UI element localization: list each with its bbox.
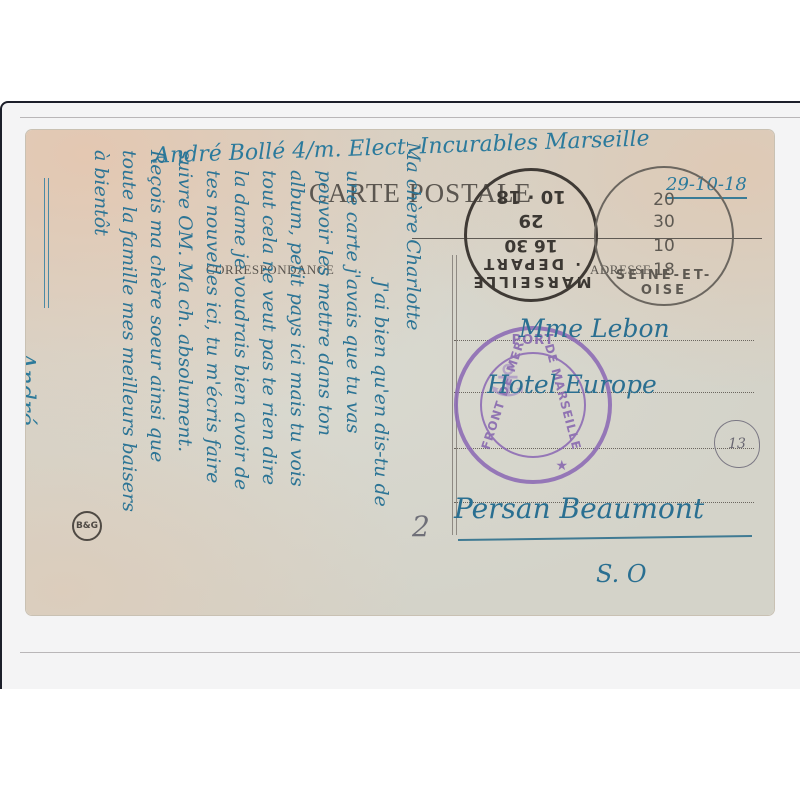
circled-number: 13 bbox=[714, 420, 760, 468]
star-icon: ★ bbox=[555, 458, 568, 474]
postmark-day: 29 bbox=[467, 210, 595, 231]
postmark-arrival: 20 30 10 18 SEINE-ET-OISE bbox=[594, 166, 734, 306]
message-column: Ma chère Charlotte bbox=[402, 142, 424, 331]
message-column: toute la famille mes meilleurs baisers bbox=[118, 150, 140, 512]
address-line-2: Hotel Europe bbox=[487, 370, 657, 399]
address-underline bbox=[458, 535, 752, 541]
postmark-day: 30 bbox=[596, 212, 732, 232]
postcard: CARTE POSTALE CORRESPONDANCE ADRESSE And… bbox=[26, 130, 774, 615]
message-column: tes nouvelles ici, tu m'écris faire bbox=[202, 170, 224, 483]
message-column: une carte j'avais que tu vas bbox=[342, 170, 364, 434]
publisher-logo: B&G bbox=[72, 511, 102, 541]
signature: André bbox=[26, 352, 40, 426]
sleeve-edge-bottom bbox=[20, 652, 800, 653]
postmark-time: 16 30 bbox=[467, 235, 595, 255]
message-column: la dame je voudrais bien avoir de bbox=[230, 170, 252, 490]
message-column: Reçois ma chère soeur ainsi que bbox=[146, 150, 168, 462]
address-line-4: S. O bbox=[596, 560, 647, 588]
message-column: pouvoir les mettre dans ton bbox=[314, 170, 336, 436]
postmark-ring-text: SEINE-ET-OISE bbox=[596, 268, 732, 298]
postmark-month: 10 bbox=[596, 236, 732, 256]
message-column: tout cela ne veut pas te rien dire bbox=[258, 170, 280, 485]
address-line-3: Persan Beaumont bbox=[454, 492, 704, 525]
military-cachet: ⚓ PORT DE MARSEILLE FRONT DE MER ★ bbox=[454, 326, 612, 484]
message-column: suivre OM. Ma ch. absolument. bbox=[174, 150, 196, 452]
postmark-ring-text: MARSEILLE · DEPART bbox=[467, 255, 595, 291]
sleeve-edge-top bbox=[20, 117, 800, 118]
message-column: album, petit pays ici mais tu vois bbox=[286, 170, 308, 487]
postmark-hour: 20 bbox=[596, 190, 732, 210]
message-column: J'ai bien qu'en dis-tu de bbox=[370, 280, 392, 507]
left-double-rule bbox=[44, 178, 49, 308]
address-line-1: Mme Lebon bbox=[519, 314, 670, 343]
postmark-departure: MARSEILLE · DEPART 16 30 29 10 · 18 bbox=[464, 168, 598, 302]
pencil-number: 2 bbox=[412, 510, 430, 543]
message-column: à bientôt bbox=[90, 150, 112, 236]
postmark-month-year: 10 · 18 bbox=[467, 186, 595, 207]
